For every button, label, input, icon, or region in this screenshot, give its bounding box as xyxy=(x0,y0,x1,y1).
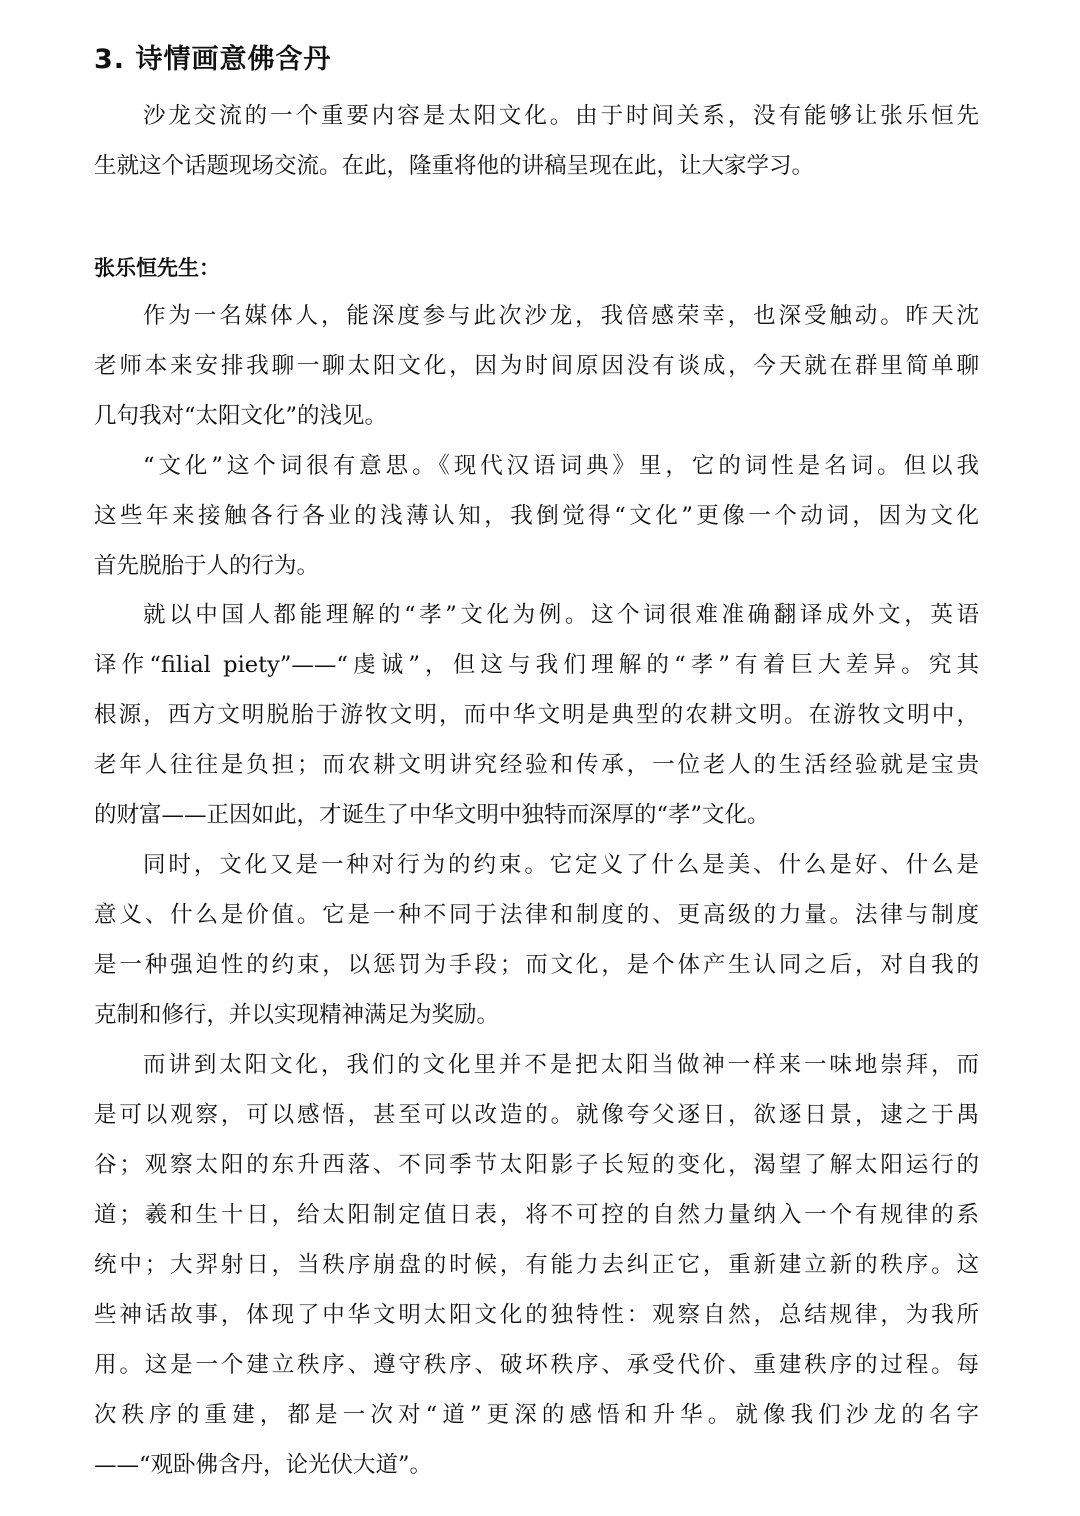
text-line: 些神话故事，体现了中华文明太阳文化的独特性：观察自然，总结规律，为我所 xyxy=(94,1300,979,1330)
text-line: 沙龙交流的一个重要内容是太阳文化。由于时间关系，没有能够让张乐恒先 xyxy=(143,101,979,131)
text-line: 的财富——正因如此，才诞生了中华文明中独特而深厚的“孝”文化。 xyxy=(94,800,979,830)
text-line: 老年人往往是负担；而农耕文明讲究经验和传承，一位老人的生活经验就是宝贵 xyxy=(94,750,979,780)
text-line: 是可以观察，可以感悟，甚至可以改造的。就像夸父逐日，欲逐日景，逮之于禺 xyxy=(94,1100,979,1130)
text-line: 首先脱胎于人的行为。 xyxy=(94,551,979,581)
text-line: 谷；观察太阳的东升西落、不同季节太阳影子长短的变化，渴望了解太阳运行的 xyxy=(94,1150,979,1180)
text-line: 克制和修行，并以实现精神满足为奖励。 xyxy=(94,1000,979,1030)
text-line: 老师本来安排我聊一聊太阳文化，因为时间原因没有谈成，今天就在群里简单聊 xyxy=(94,351,979,381)
text-line: 生就这个话题现场交流。在此，隆重将他的讲稿呈现在此，让大家学习。 xyxy=(94,151,979,181)
text-line: ——“观卧佛含丹，论光伏大道”。 xyxy=(94,1450,979,1480)
text-line: 就以中国人都能理解的“孝”文化为例。这个词很难准确翻译成外文，英语 xyxy=(143,600,979,630)
text-line: 统中；大羿射日，当秩序崩盘的时候，有能力去纠正它，重新建立新的秩序。这 xyxy=(94,1250,979,1280)
text-line: 意义、什么是价值。它是一种不同于法律和制度的、更高级的力量。法律与制度 xyxy=(94,900,979,930)
text-line: 用。这是一个建立秩序、遵守秩序、破坏秩序、承受代价、重建秩序的过程。每 xyxy=(94,1350,979,1380)
section-title: 3. 诗情画意佛含丹 xyxy=(94,40,331,80)
text-line: 而讲到太阳文化，我们的文化里并不是把太阳当做神一样来一味地崇拜，而 xyxy=(143,1050,979,1080)
text-line: 几句我对“太阳文化”的浅见。 xyxy=(94,401,979,431)
text-line: “文化”这个词很有意思。《现代汉语词典》里，它的词性是名词。但以我 xyxy=(143,451,979,481)
text-line: 作为一名媒体人，能深度参与此次沙龙，我倍感荣幸，也深受触动。昨天沈 xyxy=(143,301,979,331)
text-line: 同时，文化又是一种对行为的约束。它定义了什么是美、什么是好、什么是 xyxy=(143,850,979,880)
text-line: 道；羲和生十日，给太阳制定值日表，将不可控的自然力量纳入一个有规律的系 xyxy=(94,1200,979,1230)
speaker-label: 张乐恒先生： xyxy=(94,253,220,283)
document-page: 3. 诗情画意佛含丹 沙龙交流的一个重要内容是太阳文化。由于时间关系，没有能够让… xyxy=(0,0,1080,1516)
text-line: 是一种强迫性的约束，以惩罚为手段；而文化，是个体产生认同之后，对自我的 xyxy=(94,950,979,980)
text-line: 这些年来接触各行各业的浅薄认知，我倒觉得“文化”更像一个动词，因为文化 xyxy=(94,501,979,531)
text-line: 译作“filial piety”——“虔诚”，但这与我们理解的“孝”有着巨大差异… xyxy=(94,650,979,680)
text-line: 根源，西方文明脱胎于游牧文明，而中华文明是典型的农耕文明。在游牧文明中， xyxy=(94,700,979,730)
text-line: 次秩序的重建，都是一次对“道”更深的感悟和升华。就像我们沙龙的名字 xyxy=(94,1400,979,1430)
